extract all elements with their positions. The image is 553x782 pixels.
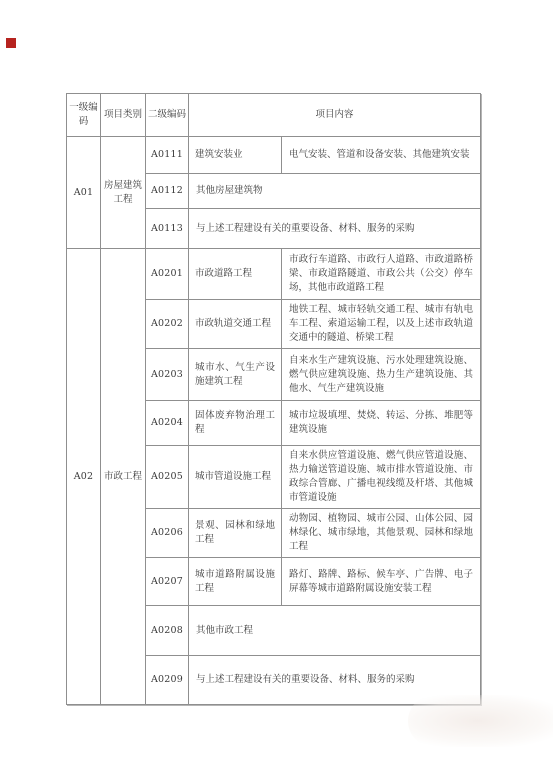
level1-code-cell: A02 xyxy=(67,249,101,705)
header-level2-code: 二级编码 xyxy=(146,94,189,137)
content-desc-cell: 与上述工程建设有关的重要设备、材料、服务的采购 xyxy=(189,656,481,705)
header-level1-code: 一级编码 xyxy=(67,94,101,137)
content-name-cell: 城市道路附属设施工程 xyxy=(189,558,282,606)
content-name-cell: 市政轨道交通工程 xyxy=(189,300,282,349)
level1-code-cell: A01 xyxy=(67,137,101,249)
level2-code-cell: A0112 xyxy=(146,174,189,209)
content-desc-cell: 路灯、路牌、路标、候车亭、广告牌、电子屏幕等城市道路附属设施安装工程 xyxy=(282,558,481,606)
level2-code-cell: A0113 xyxy=(146,209,189,249)
content-desc-cell: 地铁工程、城市轻轨交通工程、城市有轨电车工程、索道运输工程，以及上述市政轨道交通… xyxy=(282,300,481,349)
level2-code-cell: A0209 xyxy=(146,656,189,705)
content-name-cell: 城市水、气生产设施建筑工程 xyxy=(189,349,282,401)
level2-code-cell: A0207 xyxy=(146,558,189,606)
content-desc-cell: 动物园、植物园、城市公园、山体公园、园林绿化、城市绿地，其他景观、园林和绿地工程 xyxy=(282,509,481,558)
level2-code-cell: A0204 xyxy=(146,401,189,446)
content-name-cell: 城市管道设施工程 xyxy=(189,446,282,509)
content-name-cell: 市政道路工程 xyxy=(189,249,282,300)
content-desc-cell: 自来水生产建筑设施、污水处理建筑设施、燃气供应建筑设施、热力生产建筑设施、其他水… xyxy=(282,349,481,401)
header-content: 项目内容 xyxy=(189,94,481,137)
content-desc-cell: 与上述工程建设有关的重要设备、材料、服务的采购 xyxy=(189,209,481,249)
level2-code-cell: A0206 xyxy=(146,509,189,558)
content-desc-cell: 自来水供应管道设施、燃气供应管道设施、热力输送管道设施、城市排水管道设施、市政综… xyxy=(282,446,481,509)
classification-table: 一级编码 项目类别 二级编码 项目内容 A01 房屋建筑工程 A0111 建筑安… xyxy=(66,93,481,705)
content-desc-cell: 城市垃圾填埋、焚烧、转运、分拣、堆肥等建筑设施 xyxy=(282,401,481,446)
content-name-cell: 建筑安装业 xyxy=(189,137,282,174)
header-category: 项目类别 xyxy=(101,94,146,137)
header-row: 一级编码 项目类别 二级编码 项目内容 xyxy=(67,94,481,137)
document-page: 一级编码 项目类别 二级编码 项目内容 A01 房屋建筑工程 A0111 建筑安… xyxy=(0,0,553,782)
content-name-cell: 景观、园林和绿地工程 xyxy=(189,509,282,558)
content-desc-cell: 市政行车道路、市政行人道路、市政道路桥梁、市政道路隧道、市政公共（公交）停车场，… xyxy=(282,249,481,300)
content-name-cell: 固体废弃物治理工程 xyxy=(189,401,282,446)
level2-code-cell: A0111 xyxy=(146,137,189,174)
red-marker-icon xyxy=(6,38,16,48)
table-row: A02 市政工程 A0201 市政道路工程 市政行车道路、市政行人道路、市政道路… xyxy=(67,249,481,300)
content-desc-cell: 电气安装、管道和设备安装、其他建筑安装 xyxy=(282,137,481,174)
level2-code-cell: A0203 xyxy=(146,349,189,401)
content-desc-cell: 其他房屋建筑物 xyxy=(189,174,481,209)
table-row: A01 房屋建筑工程 A0111 建筑安装业 电气安装、管道和设备安装、其他建筑… xyxy=(67,137,481,174)
level2-code-cell: A0201 xyxy=(146,249,189,300)
content-desc-cell: 其他市政工程 xyxy=(189,606,481,656)
level2-code-cell: A0208 xyxy=(146,606,189,656)
category-cell: 市政工程 xyxy=(101,249,146,705)
level2-code-cell: A0205 xyxy=(146,446,189,509)
level2-code-cell: A0202 xyxy=(146,300,189,349)
category-cell: 房屋建筑工程 xyxy=(101,137,146,249)
